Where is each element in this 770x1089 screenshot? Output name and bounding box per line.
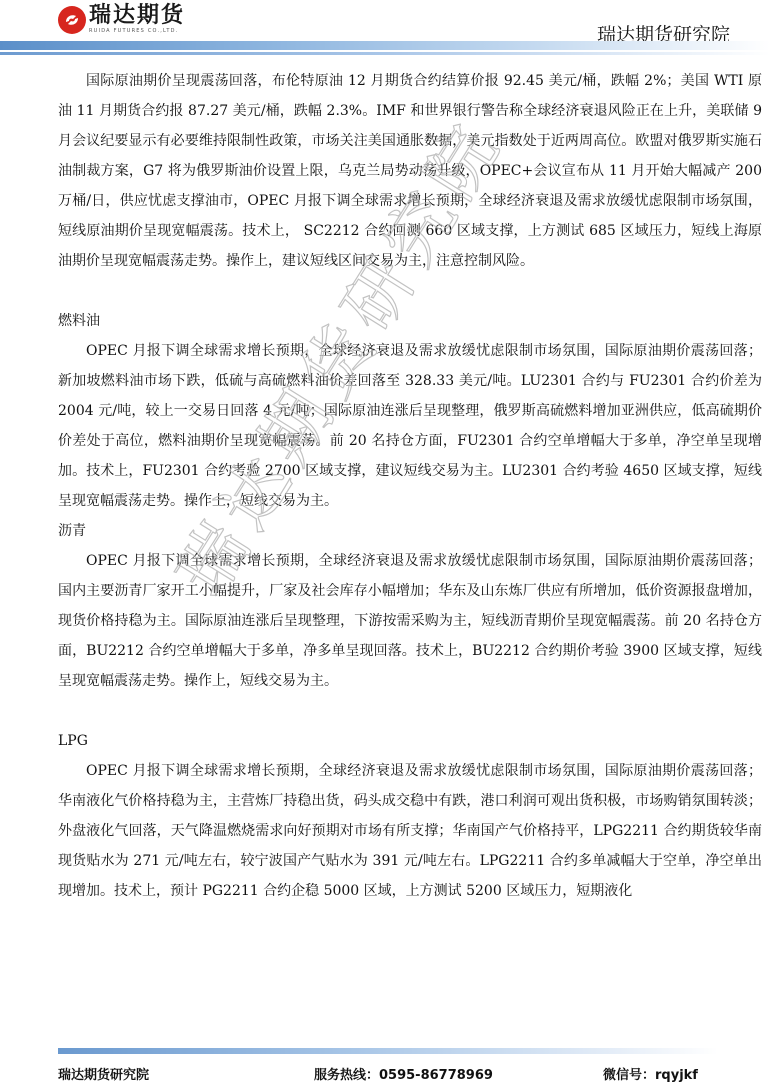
header-divider-line bbox=[0, 52, 770, 55]
logo-chinese-name: 瑞达期货 bbox=[89, 4, 185, 28]
footer-institute-name: 瑞达期货研究院 bbox=[58, 1064, 149, 1083]
page-header: 瑞达期货 RUIDA FUTURES CO.,LTD. 瑞达期货研究院 bbox=[0, 0, 770, 58]
logo-english-name: RUIDA FUTURES CO.,LTD. bbox=[89, 28, 185, 35]
company-logo: 瑞达期货 RUIDA FUTURES CO.,LTD. bbox=[58, 4, 185, 35]
fuel-oil-paragraph: OPEC 月报下调全球需求增长预期，全球经济衰退及需求放缓忧虑限制市场氛围，国际… bbox=[58, 336, 762, 516]
lpg-paragraph: OPEC 月报下调全球需求增长预期，全球经济衰退及需求放缓忧虑限制市场氛围，国际… bbox=[58, 756, 762, 906]
section-title-lpg: LPG bbox=[58, 726, 762, 756]
section-title-asphalt: 沥青 bbox=[58, 516, 762, 546]
asphalt-paragraph: OPEC 月报下调全球需求增长预期，全球经济衰退及需求放缓忧虑限制市场氛围，国际… bbox=[58, 546, 762, 696]
crude-oil-paragraph: 国际原油期价呈现震荡回落，布伦特原油 12 月期货合约结算价报 92.45 美元… bbox=[58, 66, 762, 276]
footer-hotline: 服务热线：0595-86778969 bbox=[314, 1064, 493, 1083]
footer-divider-bar bbox=[58, 1048, 718, 1054]
footer-wechat: 微信号：rqyjkf bbox=[603, 1064, 698, 1083]
report-body: 国际原油期价呈现震荡回落，布伦特原油 12 月期货合约结算价报 92.45 美元… bbox=[58, 66, 762, 906]
section-title-fuel-oil: 燃料油 bbox=[58, 306, 762, 336]
header-divider-bar bbox=[0, 41, 770, 50]
logo-swirl-icon bbox=[58, 6, 86, 34]
